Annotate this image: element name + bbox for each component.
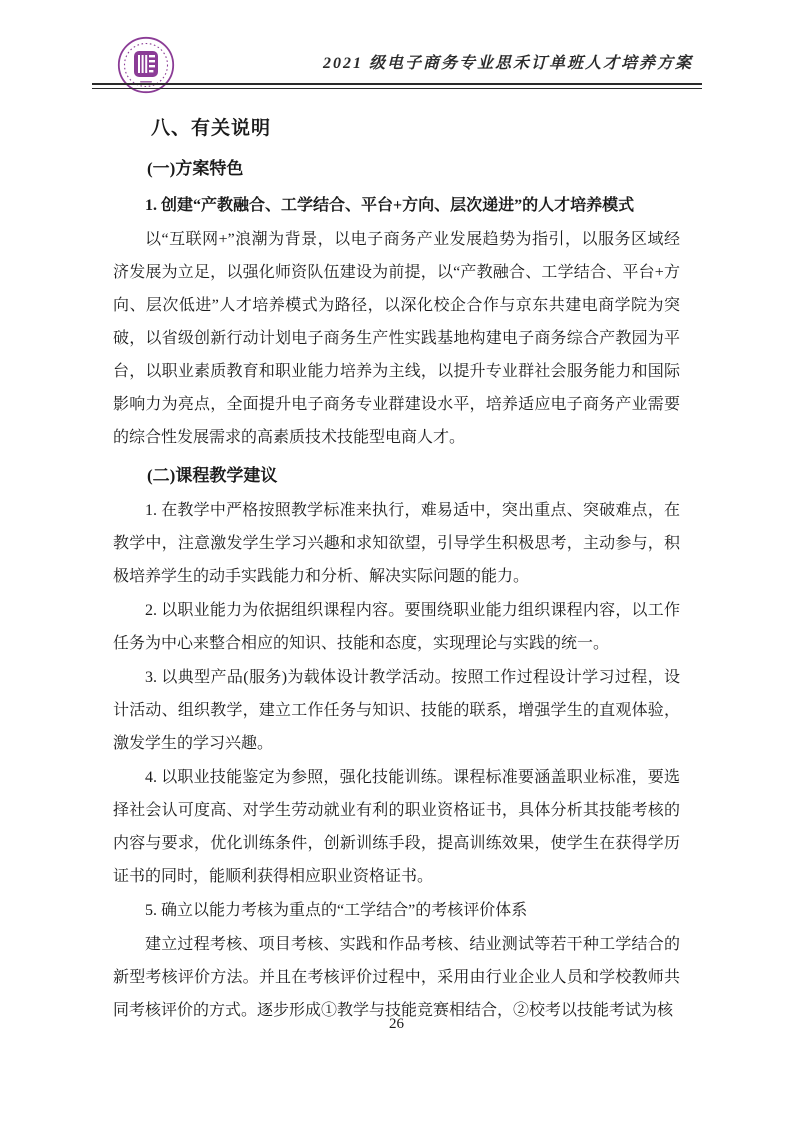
- paragraph: 3. 以典型产品(服务)为载体设计教学活动。按照工作过程设计学习过程，设计活动、…: [113, 661, 680, 760]
- subsection-heading-2: (二)课程教学建议: [113, 459, 680, 492]
- section-heading: 八、有关说明: [113, 114, 680, 142]
- paragraph: 1. 在教学中严格按照教学标准来执行，难易适中，突出重点、突破难点，在教学中，注…: [113, 494, 680, 593]
- paragraph: 4. 以职业技能鉴定为参照，强化技能训练。课程标准要涵盖职业标准，要选择社会认可…: [113, 761, 680, 893]
- paragraph: 5. 确立以能力考核为重点的“工学结合”的考核评价体系: [113, 894, 680, 927]
- paragraph: 建立过程考核、项目考核、实践和作品考核、结业测试等若干种工学结合的新型考核评价方…: [113, 928, 680, 1027]
- header-document-title: 2021 级电子商务专业思禾订单班人才培养方案: [323, 50, 693, 73]
- document-body: 八、有关说明 (一)方案特色 1. 创建“产教融合、工学结合、平台+方向、层次递…: [113, 90, 680, 1028]
- page-number: 26: [0, 1016, 793, 1033]
- subsection-heading-1: (一)方案特色: [113, 152, 680, 185]
- paragraph: 2. 以职业能力为依据组织课程内容。要围绕职业能力组织课程内容，以工作任务为中心…: [113, 594, 680, 660]
- document-page: 2021 级电子商务专业思禾订单班人才培养方案 八、有关说明 (一)方案特色 1…: [0, 0, 793, 1122]
- paragraph: 以“互联网+”浪潮为背景，以电子商务产业发展趋势为指引，以服务区域经济发展为立足…: [113, 223, 680, 454]
- header-double-rule: [92, 83, 702, 89]
- bold-point-heading: 1. 创建“产教融合、工学结合、平台+方向、层次递进”的人才培养模式: [113, 189, 680, 222]
